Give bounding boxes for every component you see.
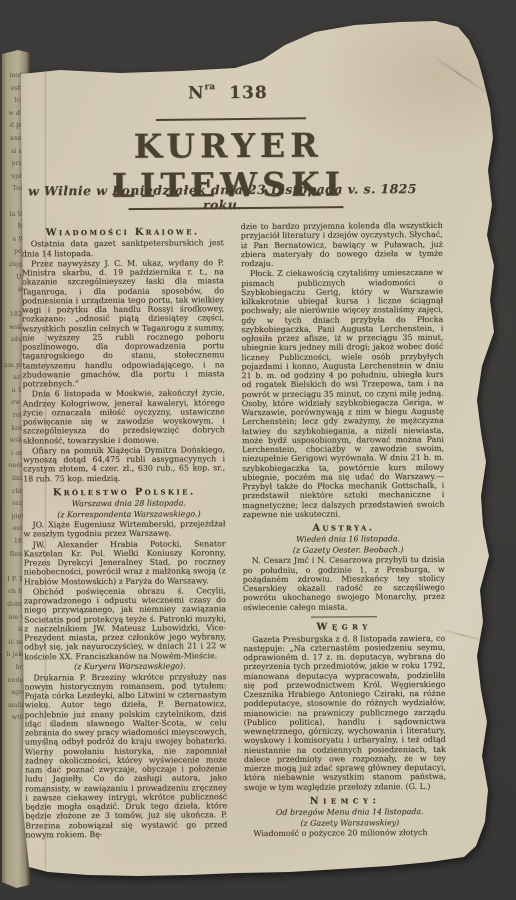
section-divider-rule (311, 616, 377, 618)
paragraph: JO. Xiąże Eugeniusz Wirtemberski, przeje… (23, 519, 225, 539)
issue-value: 138 (229, 83, 268, 103)
paragraph: JW. Alexander Hrabia Potocki, Senator Ka… (24, 539, 226, 586)
paragraph: Gazeta Presburgska z d. 8 listopada zawi… (243, 634, 446, 792)
printed-content: Nra138 KURYER LITEWSKI w Wilnie w Ponied… (0, 0, 516, 900)
newspaper-page: Nra138 KURYER LITEWSKI w Wilnie w Ponied… (0, 0, 516, 900)
section-source: (z Korrespondenta Warszawskiego.) (23, 509, 225, 520)
paragraph: Obchód poświęcenia obrazu ś. Cecylii, za… (24, 586, 226, 661)
section-source: (z Kuryera Warszawskiego). (24, 661, 226, 672)
section-dateline: Od brzegów Menu dnia 14 listopada. (244, 807, 446, 818)
paragraph-continuation: dzie to bardzo przyjemna kolenda dla wsz… (241, 221, 443, 268)
issue-number: Nra138 (23, 81, 433, 105)
section-dateline: Warszawa dnia 28 listopada. (23, 498, 225, 509)
paragraph: Ofiary na pomnik Xiążęcia Dymitra Doński… (23, 445, 225, 483)
newspaper-page-wrap: Nra138 KURYER LITEWSKI w Wilnie w Ponied… (0, 0, 516, 900)
masthead-rule-top (156, 117, 306, 121)
paragraph: Przez naywyższy J. C. M. ukaz, wydany do… (22, 258, 225, 389)
paragraph: Płock. Z ciekawością czytaliśmy umieszcz… (241, 268, 445, 519)
scanned-newspaper-view: mość estic lcie w dla d pię ane i si sp … (0, 0, 516, 900)
section-source: (z Gazety Oester. Beobach.) (243, 545, 445, 556)
section-dateline: Wiedeń dnia 16 listopada. (243, 534, 445, 545)
article-columns: Wiadomości Kraiowe. Ostatnia data gazet … (22, 221, 448, 841)
section-heading-domestic-news: Wiadomości Kraiowe. (22, 227, 224, 237)
issue-prefix: N (188, 83, 205, 103)
paragraph: Wiadomość o pożyczce 20 milionów złotych (244, 828, 446, 838)
left-column: Wiadomości Kraiowe. Ostatnia data gazet … (22, 222, 228, 841)
section-heading-germany: Niemcy: (244, 796, 446, 806)
paragraph: Ostatnia data gazet sanktpetersburskich … (22, 238, 224, 258)
section-heading-kingdom-of-poland: Królestwo Polskie. (23, 487, 225, 497)
section-heading-austria: Austrya. (242, 523, 444, 533)
section-source: (z Gazety Warszawskiey) (244, 818, 446, 829)
paragraph: Dnia 6 listopada w Moskwie, zakończył ży… (23, 388, 225, 445)
right-column: dzie to bardzo przyjemna kolenda dla wsz… (241, 221, 447, 840)
section-heading-hungary: Węgry (243, 622, 445, 632)
paragraph: N. Cesarz Jmć i N. Cesarzowa przybyli tu… (243, 555, 445, 612)
issue-superscript: ra (204, 82, 215, 92)
paragraph: Drukarnia P. Brzeziny wkrótce przysłuży … (24, 672, 227, 840)
